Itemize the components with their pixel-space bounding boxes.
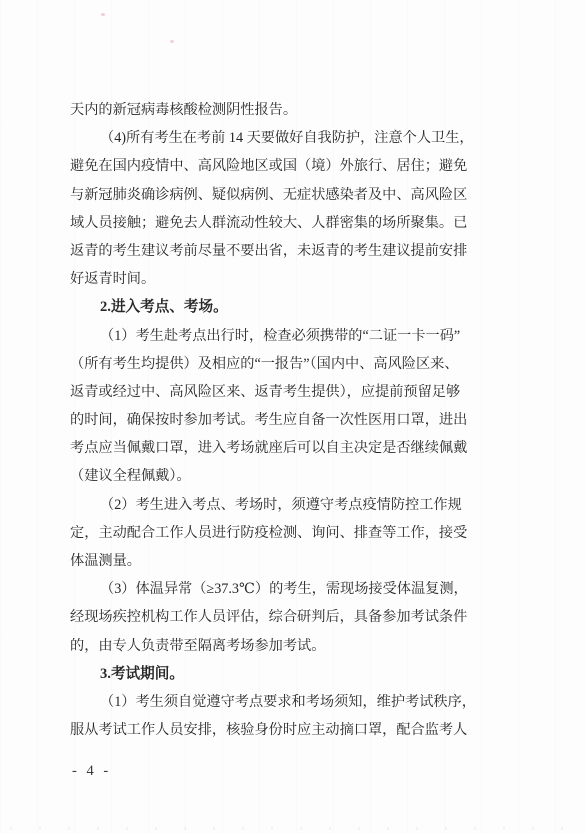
text-line: 考点应当佩戴口罩，进入考场就座后可以自主决定是否继续佩戴 xyxy=(70,434,472,462)
text-line: （所有考生均提供）及相应的“一报告”（国内中、高风险区来、 xyxy=(70,350,472,378)
scan-edge-noise xyxy=(10,827,576,830)
text-line: 返青或经过中、高风险区来、返青考生提供），应提前预留足够 xyxy=(70,378,472,406)
section-heading: 3.考试期间。 xyxy=(70,660,472,688)
text-line: 避免在国内疫情中、高风险地区或国（境）外旅行、居住；避免 xyxy=(70,152,472,180)
text-line: 定，主动配合工作人员进行防疫检测、询问、排查等工作，接受 xyxy=(70,519,472,547)
scanned-document-page: 天内的新冠病毒核酸检测阴性报告。（4)所有考生在考前 14 天要做好自我防护，注… xyxy=(0,0,586,833)
text-line: 返青的考生建议考前尽量不要出省，未返青的考生建议提前安排 xyxy=(70,237,472,265)
section-heading: 2.进入考点、考场。 xyxy=(70,293,472,321)
text-line: 好返青时间。 xyxy=(70,265,472,293)
text-line: 经现场疾控机构工作人员评估，综合研判后，具备参加考试条件 xyxy=(70,603,472,631)
text-line: 体温测量。 xyxy=(70,547,472,575)
text-line: （1）考生须自觉遵守考点要求和考场须知，维护考试秩序， xyxy=(70,688,472,716)
document-body: 天内的新冠病毒核酸检测阴性报告。（4)所有考生在考前 14 天要做好自我防护，注… xyxy=(70,96,472,744)
text-line: 服从考试工作人员安排，核验身份时应主动摘口罩，配合监考人 xyxy=(70,716,472,744)
text-line: 域人员接触；避免去人群流动性较大、人群密集的场所聚集。已 xyxy=(70,209,472,237)
text-line: （4)所有考生在考前 14 天要做好自我防护，注意个人卫生， xyxy=(70,124,472,152)
text-line: （3）体温异常（≥37.3℃）的考生，需现场接受体温复测， xyxy=(70,575,472,603)
text-line: 的，由专人负责带至隔离考场参加考试。 xyxy=(70,632,472,660)
text-line: （建议全程佩戴）。 xyxy=(70,462,472,490)
scan-speck xyxy=(101,13,105,16)
scan-speck xyxy=(170,40,174,43)
text-line: 与新冠肺炎确诊病例、疑似病例、无症状感染者及中、高风险区 xyxy=(70,181,472,209)
text-line: （1）考生赴考点出行时，检查必须携带的“二证一卡一码” xyxy=(70,322,472,350)
text-line: 的时间，确保按时参加考试。考生应自备一次性医用口罩，进出 xyxy=(70,406,472,434)
page-number: - 4 - xyxy=(72,763,111,780)
text-line: （2）考生进入考点、考场时，须遵守考点疫情防控工作规 xyxy=(70,491,472,519)
text-line: 天内的新冠病毒核酸检测阴性报告。 xyxy=(70,96,472,124)
